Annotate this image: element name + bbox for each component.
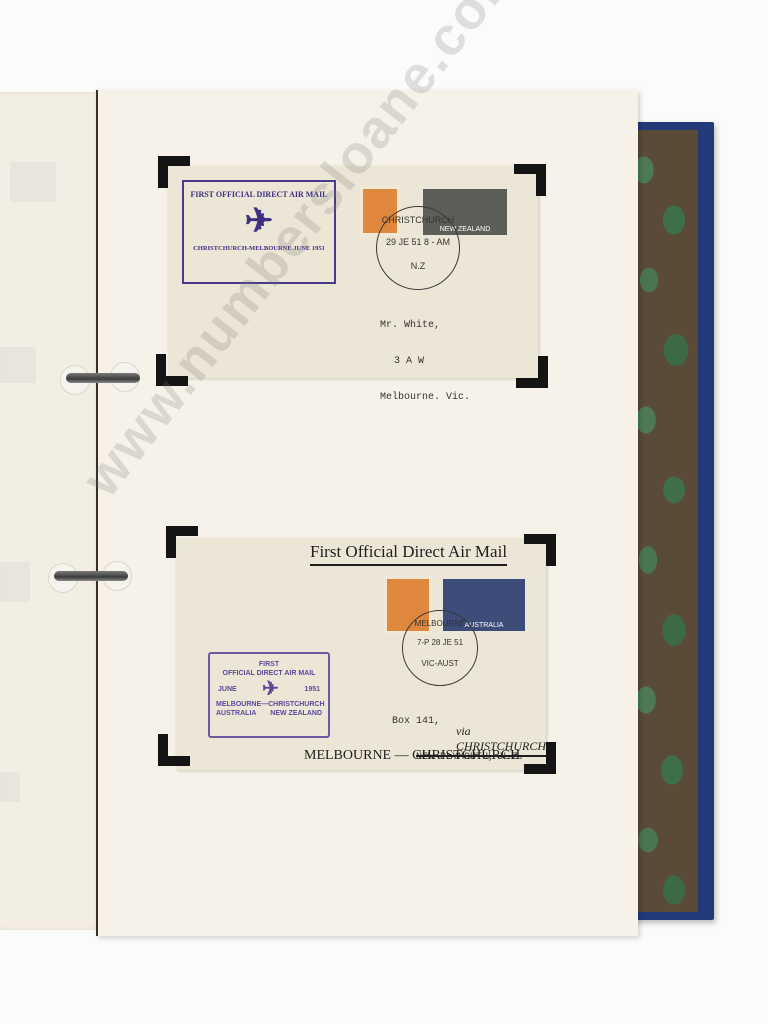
cachet-bottom: FIRST OFFICIAL DIRECT AIR MAIL JUNE ✈ 19… [208, 652, 330, 738]
postmark-region: N.Z [377, 261, 459, 271]
ghost-mark [0, 347, 36, 383]
photo-corner [516, 356, 548, 388]
cachet-country: AUSTRALIA [216, 709, 256, 718]
photo-corner [524, 534, 556, 566]
cachet-sep: — [261, 700, 268, 709]
airplane-icon: ✈ [262, 678, 279, 700]
cachet-city: CHRISTCHURCH [268, 700, 324, 709]
cachet-year: 1951 [304, 685, 320, 694]
photo-corner [158, 734, 190, 766]
address-line: 3 A W [380, 356, 470, 368]
ghost-mark [10, 162, 56, 202]
ghost-mark [0, 772, 20, 802]
postmark-date: 29 JE 51 8 - AM [377, 237, 459, 247]
binder-ring [66, 373, 140, 383]
route-footer: MELBOURNE — CHRISTCHURCH [304, 748, 520, 764]
binder-ring [54, 571, 128, 581]
postmark-melbourne: MELBOURNE 7-P 28 JE 51 VIC-AUST [402, 610, 478, 686]
cachet-month: JUNE [218, 685, 237, 694]
postmark-region: VIC-AUST [403, 659, 477, 668]
address-top: Mr. White, 3 A W Melbourne. Vic. [380, 296, 470, 428]
cover-bottom: First Official Direct Air Mail AUSTRALIA… [176, 538, 546, 770]
cover-header: First Official Direct Air Mail [310, 542, 507, 566]
cachet-title: OFFICIAL DIRECT AIR MAIL [210, 669, 328, 678]
postmark-date: 7-P 28 JE 51 [403, 638, 477, 647]
cachet-country: NEW ZEALAND [270, 709, 322, 718]
postmark-city: CHRISTCHURCH [377, 215, 459, 225]
photo-corner [158, 156, 190, 188]
cachet-first: FIRST [210, 660, 328, 669]
cachet-city: MELBOURNE [216, 700, 261, 709]
address-line: Melbourne. Vic. [380, 392, 470, 404]
postmark-city: MELBOURNE [403, 619, 477, 628]
photo-corner [166, 526, 198, 558]
photo-corner [514, 164, 546, 196]
address-line: Mr. White, [380, 320, 470, 332]
ghost-mark [0, 562, 30, 602]
postmark-christchurch: CHRISTCHURCH 29 JE 51 8 - AM N.Z [376, 206, 460, 290]
photo-corner [524, 742, 556, 774]
